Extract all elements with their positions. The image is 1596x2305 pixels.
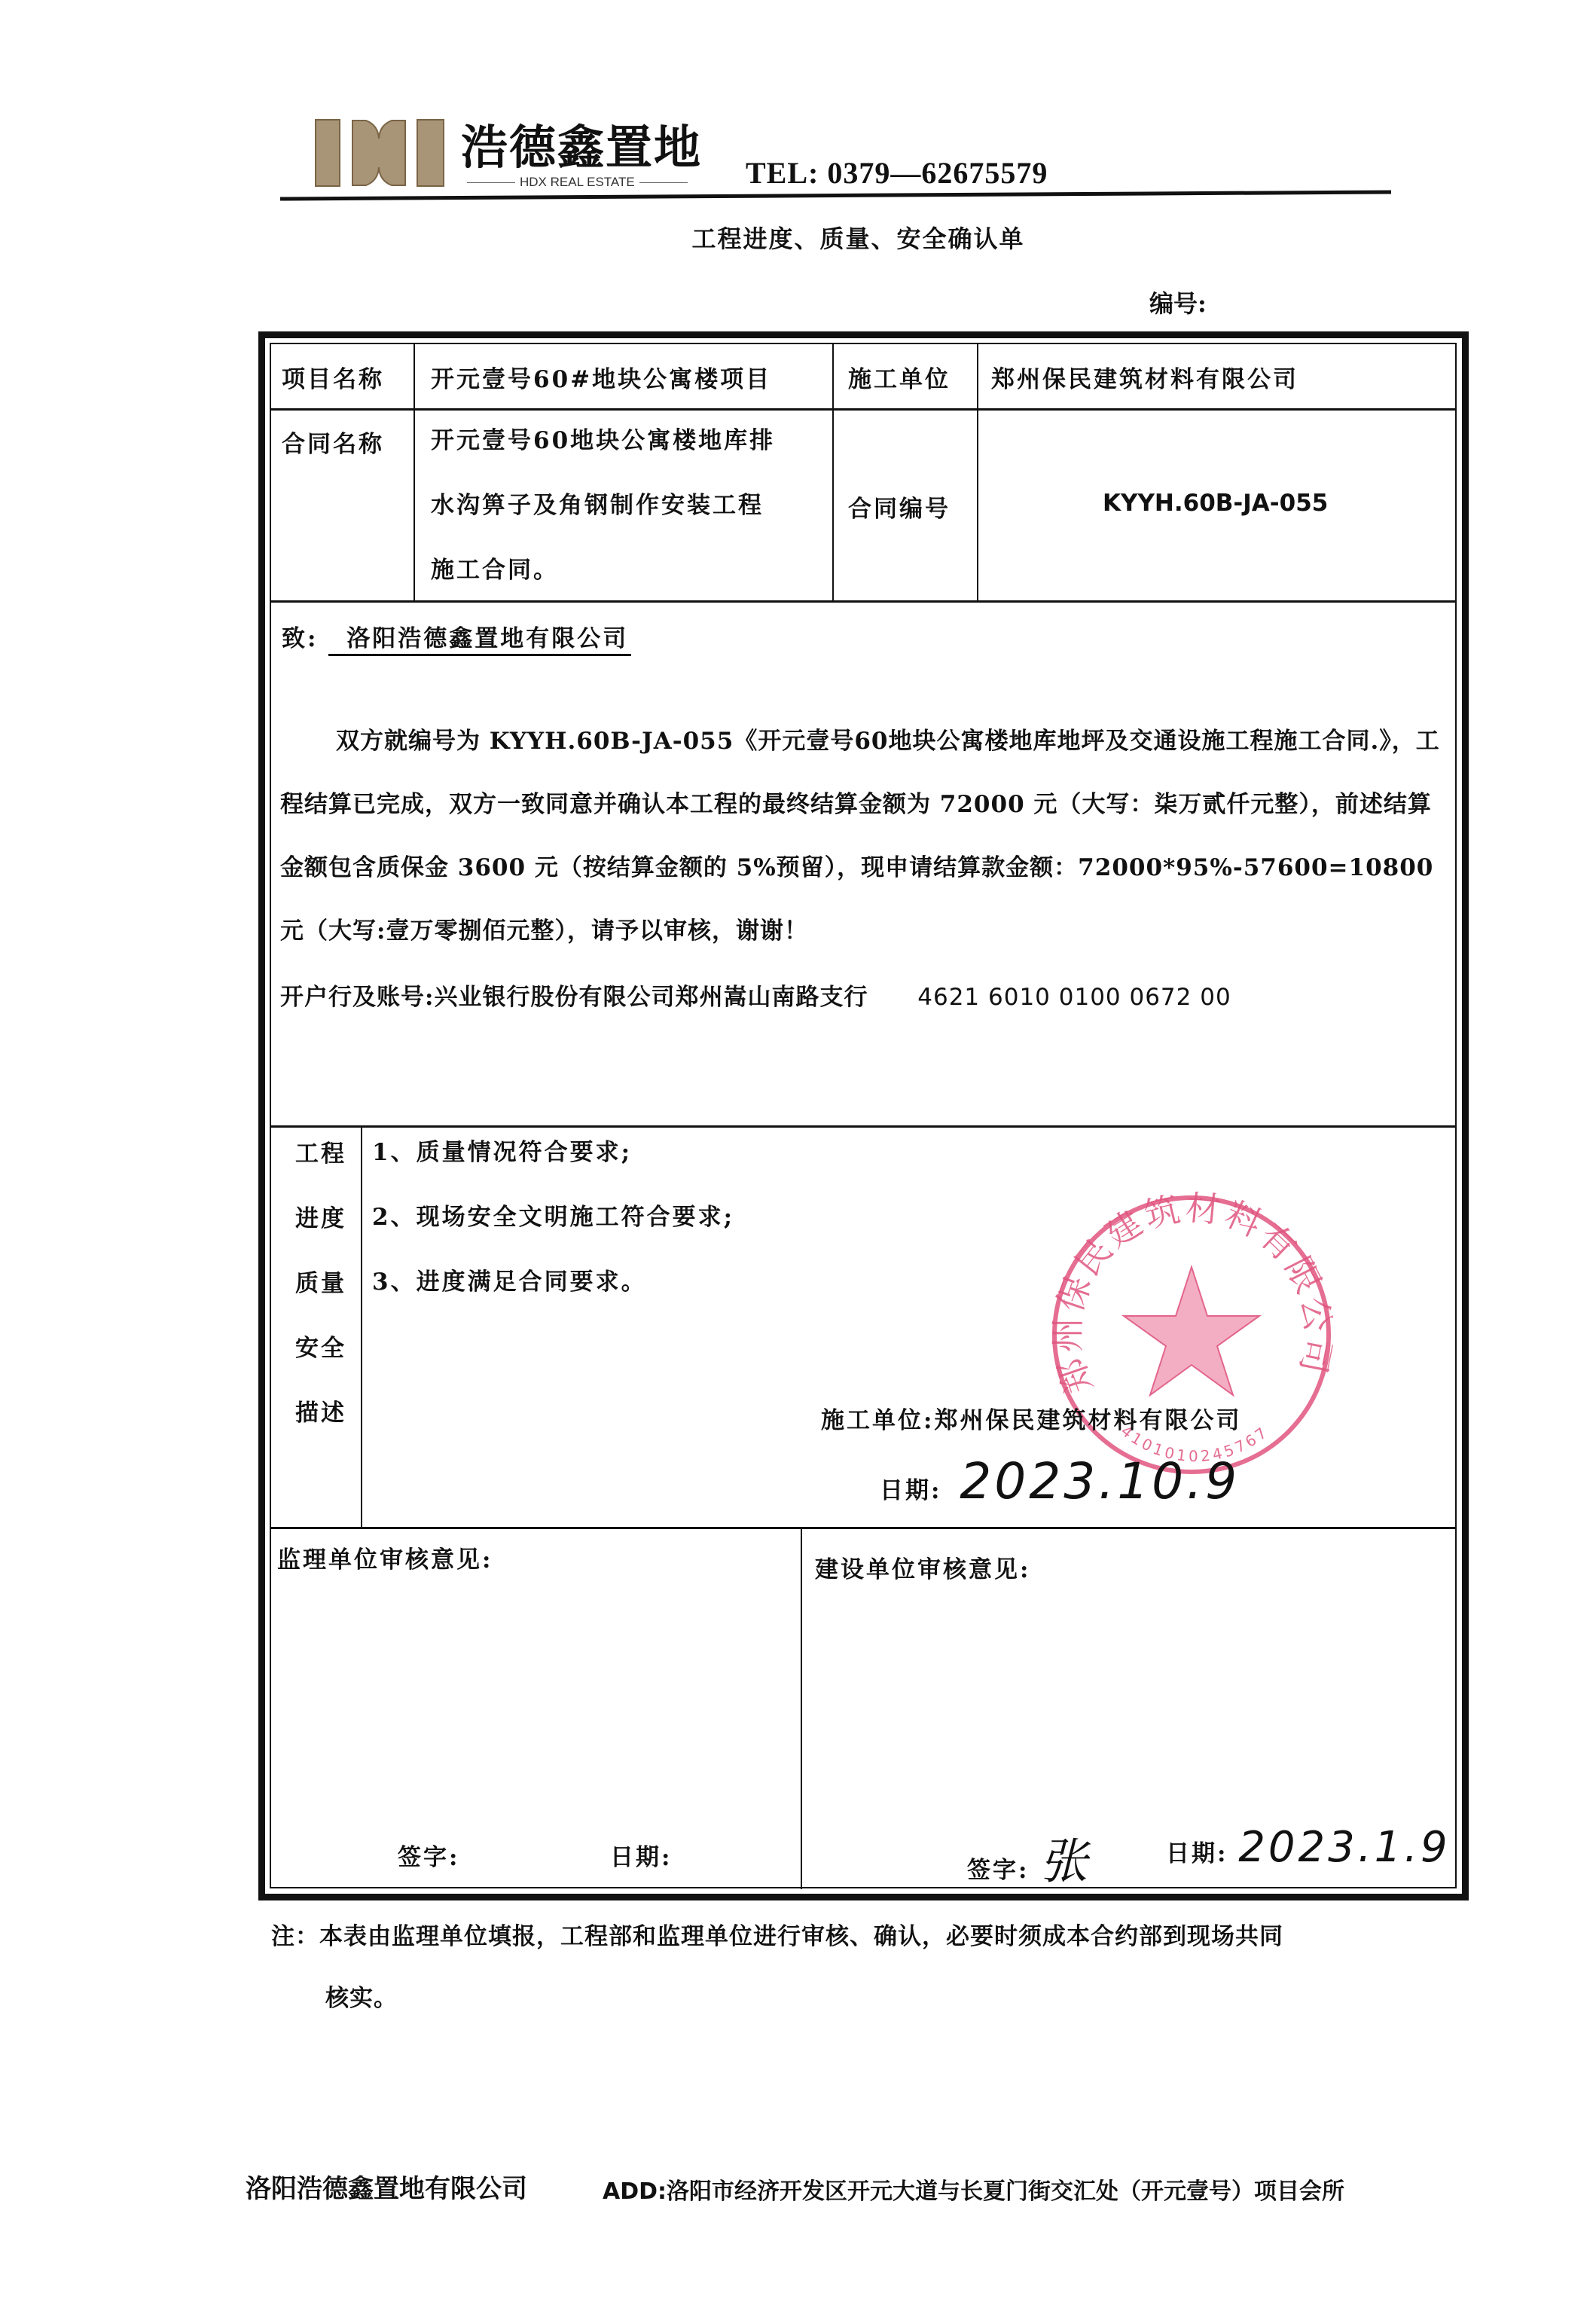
side-label: 质量	[280, 1267, 362, 1332]
contract-number-label: 合同编号	[848, 490, 951, 524]
contract-name-label: 合同名称	[282, 425, 384, 459]
footnote-line: 核实。	[271, 1968, 1283, 2029]
owner-signature-line: 签字: 张	[967, 1823, 1090, 1892]
contract-name-line: 水沟箅子及角钢制作安装工程	[431, 473, 830, 538]
logo-bar-right-icon	[417, 119, 444, 187]
side-label: 安全	[280, 1332, 362, 1397]
supervisor-sign-label: 签字:	[398, 1838, 459, 1872]
contractor-date-label: 日期:	[880, 1477, 941, 1504]
footer-company: 洛阳浩德鑫置地有限公司	[246, 2168, 527, 2205]
description-side-label: 工程 进度 质量 安全 描述	[280, 1137, 362, 1461]
description-item: 3、进度满足合同要求。	[372, 1250, 734, 1314]
side-label: 工程	[280, 1137, 362, 1202]
contract-name-line: 开元壹号60地块公寓楼地库排	[431, 408, 830, 473]
owner-sign-label: 签字:	[967, 1857, 1029, 1884]
recipient-line: 致: 洛阳浩德鑫置地有限公司	[282, 619, 631, 653]
contract-name-value: 开元壹号60地块公寓楼地库排 水沟箅子及角钢制作安装工程 施工合同。	[431, 408, 830, 603]
side-label: 进度	[280, 1202, 362, 1267]
brand-subtitle: HDX REAL ESTATE	[467, 175, 688, 190]
footnote: 注：本表由监理单位填报，工程部和监理单位进行审核、确认，必要时须成本合约部到现场…	[271, 1906, 1283, 2029]
header-divider	[280, 190, 1391, 200]
description-item: 2、现场安全文明施工符合要求;	[372, 1185, 734, 1250]
owner-date-line: 日期: 2023.1.9	[1166, 1823, 1451, 1872]
column-divider	[413, 343, 415, 601]
contractor-sign-value: 郑州保民建筑材料有限公司	[934, 1407, 1241, 1434]
contractor-signature-line: 施工单位:郑州保民建筑材料有限公司	[821, 1401, 1241, 1435]
contractor-sign-label: 施工单位:	[821, 1407, 934, 1434]
contract-name-line: 施工合同。	[431, 538, 830, 603]
owner-date-handwritten: 2023.1.9	[1238, 1823, 1450, 1872]
project-name-value: 开元壹号60#地块公寓楼项目	[431, 360, 771, 394]
description-item: 1、质量情况符合要求;	[372, 1120, 734, 1185]
document-number-label: 编号:	[1149, 285, 1207, 319]
bank-label: 开户行及账号:	[280, 984, 434, 1011]
description-items: 1、质量情况符合要求; 2、现场安全文明施工符合要求; 3、进度满足合同要求。	[372, 1120, 734, 1314]
supervisor-review-label: 监理单位审核意见:	[277, 1540, 493, 1574]
side-label: 描述	[280, 1397, 362, 1461]
row-divider	[270, 1527, 1457, 1529]
account-number: 4621 6010 0100 0672 00	[917, 984, 1231, 1011]
recipient-value: 洛阳浩德鑫置地有限公司	[328, 625, 631, 656]
column-divider	[977, 343, 978, 601]
star-icon	[1124, 1267, 1259, 1395]
owner-review-label: 建设单位审核意见:	[815, 1550, 1030, 1584]
owner-date-label: 日期:	[1166, 1840, 1228, 1867]
footer-address: ADD:洛阳市经济开发区开元大道与长夏门街交汇处（开元壹号）项目会所	[603, 2172, 1344, 2206]
supervisor-date-label: 日期:	[610, 1838, 672, 1872]
bank-account-line: 开户行及账号:兴业银行股份有限公司郑州嵩山南路支行 4621 6010 0100…	[280, 978, 1231, 1012]
company-seal-stamp: 郑州保民建筑材料有限公司 4101010245767	[1048, 1192, 1335, 1478]
contractor-value: 郑州保民建筑材料有限公司	[991, 360, 1298, 394]
column-divider	[801, 1528, 802, 1889]
contract-number-value: KYYH.60B-JA-055	[1103, 490, 1328, 517]
column-divider	[832, 343, 834, 601]
recipient-label: 致:	[282, 625, 318, 652]
contractor-label: 施工单位	[848, 360, 951, 394]
logo-bar-left-icon	[315, 119, 340, 187]
contractor-date-handwritten: 2023.10.9	[960, 1452, 1240, 1510]
document-title: 工程进度、质量、安全确认单	[0, 220, 1596, 255]
telephone: TEL: 0379—62675579	[746, 155, 1048, 191]
brand-subtitle-text: HDX REAL ESTATE	[520, 175, 635, 190]
footnote-line: 注：本表由监理单位填报，工程部和监理单位进行审核、确认，必要时须成本合约部到现场…	[271, 1906, 1283, 1968]
bank-value: 兴业银行股份有限公司郑州嵩山南路支行	[434, 984, 868, 1011]
contractor-date-line: 日期: 2023.10.9	[880, 1452, 1240, 1510]
brand-name: 浩德鑫置地	[461, 110, 702, 177]
project-name-label: 项目名称	[282, 360, 384, 394]
logo-hourglass-icon	[351, 119, 407, 187]
owner-signature: 张	[1039, 1834, 1090, 1890]
settlement-paragraph: 双方就编号为 KYYH.60B-JA-055《开元壹号60地块公寓楼地库地坪及交…	[280, 710, 1444, 963]
